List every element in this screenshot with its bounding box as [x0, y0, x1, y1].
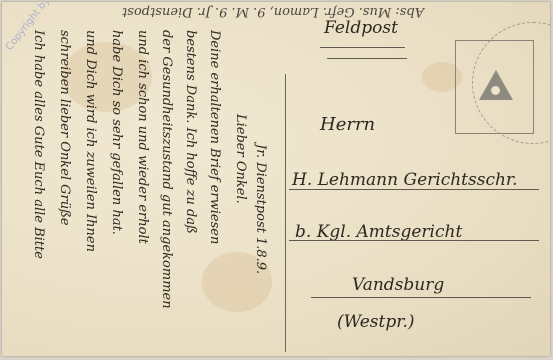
triangle-stamp-icon	[479, 70, 513, 100]
message-line: habe Dich so sehr gefallen hat.	[109, 30, 124, 235]
message-line: schreiben lieber Onkel Grüße	[57, 30, 72, 226]
header-underline	[320, 47, 405, 48]
message-line: bestens Dank. Ich hoffe zu daß	[183, 30, 198, 234]
postcard: Copyright by Wikistore Abs: Mus. Gefr. L…	[2, 2, 550, 356]
card-divider-line	[285, 74, 286, 352]
message-line: und ich schon und wieder erholt	[135, 30, 150, 244]
message-line: und Dich wird ich zuweilen Ihnen	[83, 30, 98, 252]
header-underline	[327, 58, 407, 59]
stamp-center-dot	[491, 86, 500, 95]
address-line-2: b. Kgl. Amtsgericht	[295, 222, 462, 242]
feldpost-header: Feldpost	[324, 18, 398, 38]
message-line: Ich habe alles Gute Euch alle Bitte	[31, 30, 46, 259]
address-rule-1	[289, 189, 539, 190]
address-salutation: Herrn	[320, 114, 375, 135]
address-line-4: (Westpr.)	[337, 312, 415, 332]
address-line-1: H. Lehmann Gerichtsschr.	[292, 170, 518, 190]
message-line: der Gesundheitszustand gut angekommen	[159, 30, 174, 309]
message-greeting: Lieber Onkel.	[233, 114, 248, 204]
top-upside-down-note: Abs: Mus. Gefr. Lamon, 9. M. 9. Jr. Dien…	[122, 4, 424, 19]
message-date-line: Jr. Dienstpost 1.8.9.	[253, 144, 268, 274]
address-line-3: Vandsburg	[352, 275, 444, 295]
address-rule-3	[311, 297, 531, 298]
address-rule-2	[289, 240, 539, 241]
message-line: Deine erhaltenen Brief erwiesen	[207, 30, 222, 244]
